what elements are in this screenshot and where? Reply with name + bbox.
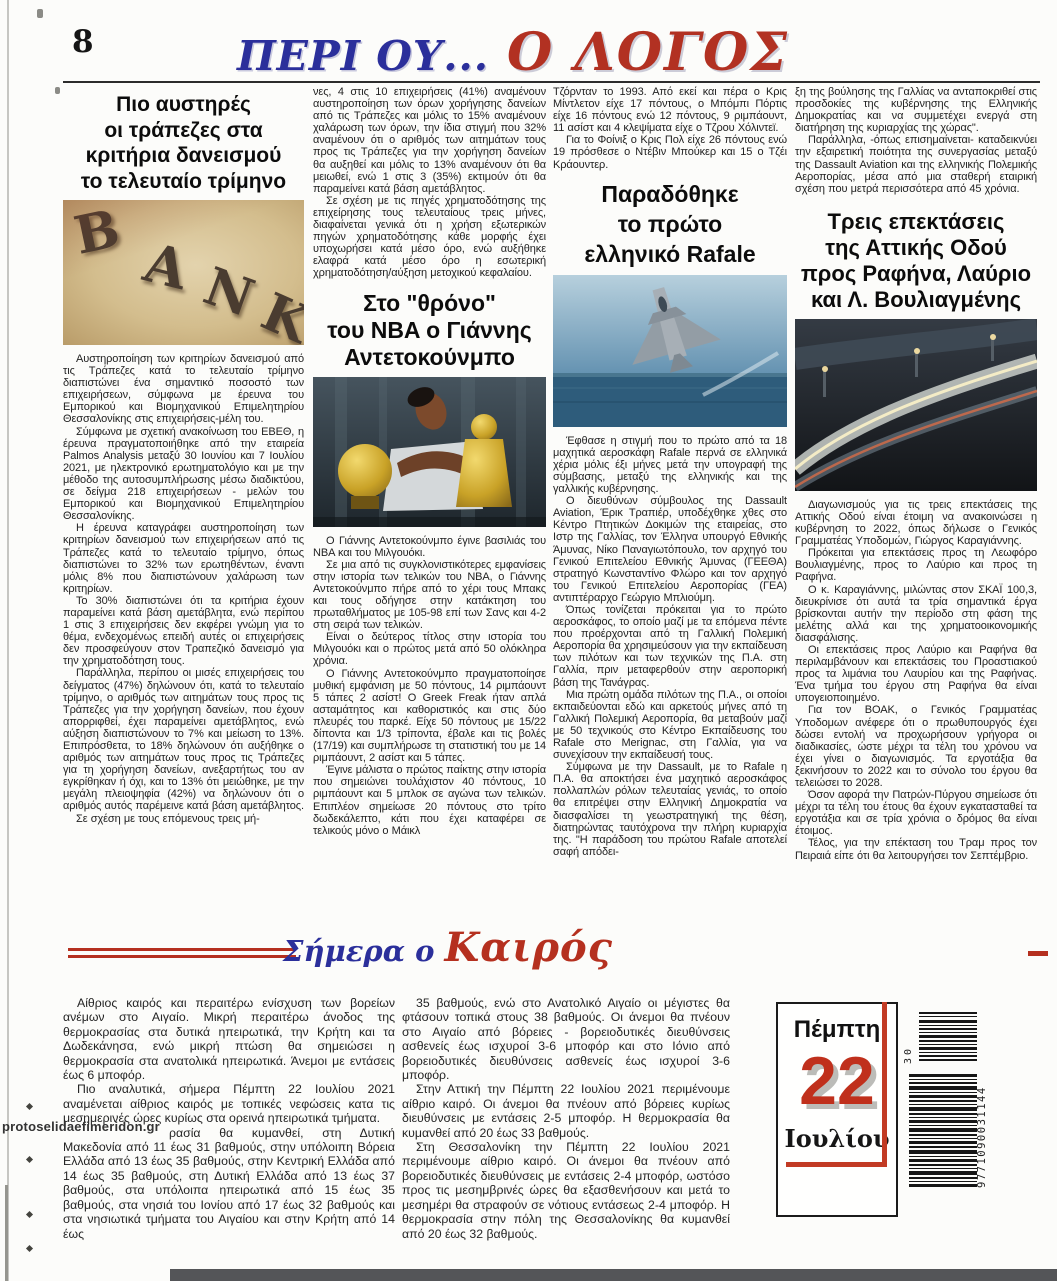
barcode-top-number: 30 xyxy=(903,1046,914,1064)
scan-edge-line xyxy=(7,0,9,1281)
weather-banner-kairos: Καιρός xyxy=(444,924,613,971)
weather-banner-simera: Σήμερα ο xyxy=(283,934,435,968)
headline-banks: Πιο αυστηρές οι τράπεζες στα κριτήρια δα… xyxy=(63,86,304,194)
scan-speck xyxy=(37,9,43,18)
bank-photo-letter: K xyxy=(253,281,304,345)
article-paragraph: Το 30% διαπιστώνει ότι τα κριτήρια έχουν… xyxy=(63,595,304,668)
weather-paragraph: Αίθριος καιρός και περαιτέρω ενίσχυση τω… xyxy=(63,996,395,1082)
header-rule xyxy=(63,81,1040,83)
headline-line: Στο "θρόνο" xyxy=(313,290,546,317)
scan-edge-shadow xyxy=(5,1185,8,1281)
watermark-protoselida: protoselidaefimeridon.gr xyxy=(2,1119,160,1134)
headline-nba: Στο "θρόνο" του NBA ο Γιάννης Αντετοκούν… xyxy=(313,290,546,371)
article-paragraph: Έφθασε η στιγμή που το πρώτο από τα 18 μ… xyxy=(553,435,787,495)
headline-line: της Αττικής Οδού xyxy=(795,235,1037,261)
article-paragraph: Για τον ΒΟΑΚ, ο Γενικός Γραμματέας Υποδο… xyxy=(795,704,1037,789)
bank-letters-photo: B A N K xyxy=(63,200,304,345)
headline-line: οι τράπεζες στα xyxy=(63,118,304,144)
article-paragraph: νες, 4 στις 10 επιχειρήσεις (41%) αναμέν… xyxy=(313,86,546,195)
headline-line: προς Ραφήνα, Λαύριο xyxy=(795,261,1037,287)
weather-banner: Σήμερα οΚαιρός xyxy=(63,924,833,971)
margin-mark xyxy=(26,1103,33,1110)
article-paragraph: Σε σχέση με τις πηγές χρηματοδότησης της… xyxy=(313,195,546,280)
article-paragraph: Ο Γιάννης Αντετοκούνμπο έγινε βασιλιάς τ… xyxy=(313,535,546,559)
article-paragraph: Η έρευνα καταγράφει αυστηροποίηση των κρ… xyxy=(63,522,304,595)
article-paragraph: Ο κ. Καραγιάννης, μιλώντας στον ΣΚΑΪ 100… xyxy=(795,584,1037,644)
column-1: Πιο αυστηρές οι τράπεζες στα κριτήρια δα… xyxy=(63,86,304,825)
barcode: 30 9771090031144 xyxy=(903,1008,995,1190)
article-paragraph: Μια πρώτη ομάδα πιλότων της Π.Α., οι οπο… xyxy=(553,689,787,762)
bottom-scan-strip xyxy=(170,1269,1057,1281)
calendar-red-frame xyxy=(786,1002,887,1167)
headline-line: το πρώτο xyxy=(553,209,787,239)
weather-paragraph: ρασία θα κυμανθεί, στη Δυτική Μακεδονία … xyxy=(63,1126,395,1241)
article-paragraph: Παράλληλα, -όπως επισημαίνεται- καταδεικ… xyxy=(795,134,1037,194)
article-paragraph: Ο διευθύνων σύμβουλος της Dassault Aviat… xyxy=(553,495,787,604)
weather-column-2: 35 βαθμούς, ενώ στο Ανατολικό Αιγαίο οι … xyxy=(402,996,730,1241)
headline-line: κριτήρια δανεισμού xyxy=(63,143,304,169)
bank-photo-letter: N xyxy=(196,256,262,330)
headline-line: Πιο αυστηρές xyxy=(63,92,304,118)
headline-line: του NBA ο Γιάννης xyxy=(313,317,546,344)
bank-photo-letter: A xyxy=(138,230,194,302)
masthead-peri-ou: ΠΕΡΙ ΟΥ... xyxy=(237,32,489,80)
article-paragraph: Τέλος, για την επέκταση του Τραμ προς το… xyxy=(795,837,1037,861)
headline-line: το τελευταίο τρίμηνο xyxy=(63,169,304,195)
rafale-jet-photo xyxy=(553,275,787,427)
article-paragraph: Όπως τονίζεται πρόκειται για το πρώτο αε… xyxy=(553,604,787,689)
barcode-side-number: 9771090031144 xyxy=(976,1086,988,1188)
weather-banner-right-dash xyxy=(1028,951,1048,956)
margin-mark xyxy=(26,1245,33,1252)
calendar-date-block: Πέμπτη 22 Ιουλίου xyxy=(776,1002,898,1217)
headline-line: και Λ. Βουλιαγμένης xyxy=(795,287,1037,313)
highway-photo xyxy=(795,319,1037,491)
giannis-trophies-photo xyxy=(313,377,546,527)
masthead-o-logos: Ο ΛΟΓΟΣ xyxy=(507,22,789,83)
article-paragraph: Πρόκειται για επεκτάσεις προς τη Λεωφόρο… xyxy=(795,547,1037,583)
article-paragraph: Σύμφωνα με σχετική ανακοίνωση του ΕΒΕΘ, … xyxy=(63,426,304,523)
weather-paragraph: 35 βαθμούς, ενώ στο Ανατολικό Αιγαίο οι … xyxy=(402,996,730,1082)
column-4: ξη της βούλησης της Γαλλίας να ανταποκρι… xyxy=(795,86,1037,862)
headline-line: ελληνικό Rafale xyxy=(553,239,787,269)
column-2: νες, 4 στις 10 επιχειρήσεις (41%) αναμέν… xyxy=(313,86,546,837)
weather-paragraph: Στη Θεσσαλονίκη την Πέμπτη 22 Ιουλίου 20… xyxy=(402,1140,730,1241)
article-paragraph: Τζόρνταν το 1993. Από εκεί και πέρα ο Κρ… xyxy=(553,86,787,134)
article-paragraph: Είναι ο δεύτερος τίτλος στην ιστορία του… xyxy=(313,631,546,667)
scan-speck xyxy=(55,87,60,94)
headline-rafale: Παραδόθηκε το πρώτο ελληνικό Rafale xyxy=(553,179,787,269)
article-paragraph: Για το Φοίνιξ ο Κρις Πολ είχε 26 πόντους… xyxy=(553,134,787,170)
headline-attiki-odos: Τρεις επεκτάσεις της Αττικής Οδού προς Ρ… xyxy=(795,209,1037,313)
article-paragraph: Οι επεκτάσεις προς Λαύριο και Ραφήνα θα … xyxy=(795,644,1037,704)
article-paragraph: Παράλληλα, περίπου οι μισές επιχειρήσεις… xyxy=(63,667,304,812)
newspaper-page: 8 ΠΕΡΙ ΟΥ...Ο ΛΟΓΟΣ Πιο αυστηρές οι τράπ… xyxy=(0,0,1057,1281)
headline-line: Παραδόθηκε xyxy=(553,179,787,209)
margin-mark xyxy=(26,1156,33,1163)
weather-paragraph: Στην Αττική την Πέμπτη 22 Ιουλίου 2021 π… xyxy=(402,1082,730,1140)
margin-mark xyxy=(26,1211,33,1218)
article-paragraph: Αυστηροποίηση των κριτηρίων δανεισμού απ… xyxy=(63,353,304,426)
headline-line: Αντετοκούνμπο xyxy=(313,344,546,371)
headline-line: Τρεις επεκτάσεις xyxy=(795,209,1037,235)
article-paragraph: Διαγωνισμούς για τις τρεις επεκτάσεις τη… xyxy=(795,499,1037,547)
article-paragraph: Σε σχέση με τους επόμενους τρεις μή- xyxy=(63,813,304,825)
bank-photo-letter: B xyxy=(69,200,125,267)
article-paragraph: Σύμφωνα με την Dassault, με το Rafale η … xyxy=(553,761,787,858)
article-paragraph: ξη της βούλησης της Γαλλίας να ανταποκρι… xyxy=(795,86,1037,134)
section-masthead: ΠΕΡΙ ΟΥ...Ο ΛΟΓΟΣ xyxy=(63,22,963,83)
article-paragraph: Ο Γιάννης Αντετοκούνμπο πραγματοποίησε μ… xyxy=(313,668,546,765)
column-3: Τζόρνταν το 1993. Από εκεί και πέρα ο Κρ… xyxy=(553,86,787,858)
article-paragraph: Όσον αφορά την Πατρών-Πύργου σημείωσε ότ… xyxy=(795,789,1037,837)
article-paragraph: Σε μια από τις συγκλονιστικότερες εμφανί… xyxy=(313,559,546,632)
article-paragraph: Έγινε μάλιστα ο πρώτος παίκτης στην ιστο… xyxy=(313,764,546,837)
